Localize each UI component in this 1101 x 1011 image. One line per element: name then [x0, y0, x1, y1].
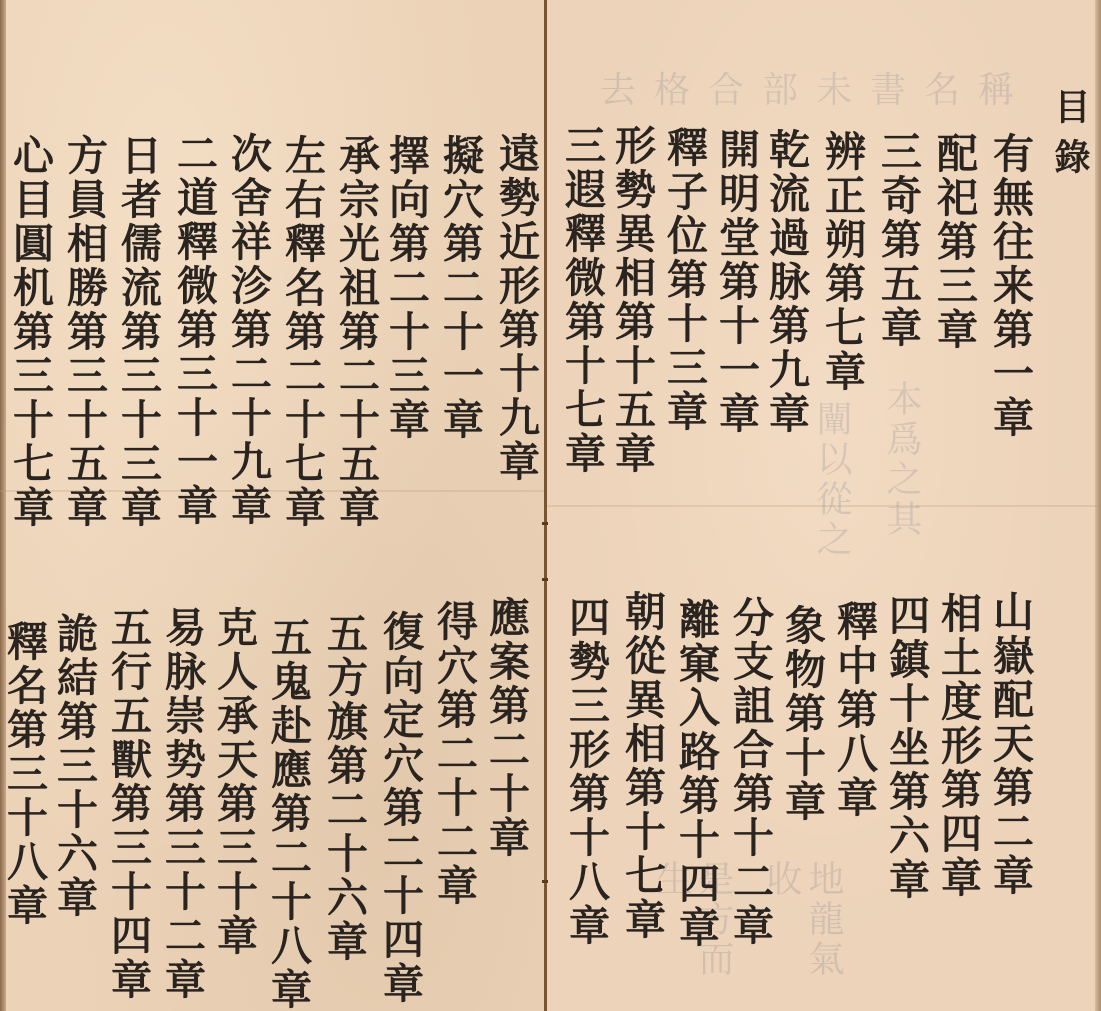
binding-stitch — [542, 880, 548, 883]
toc-entry: 遠勢近形第十九章 — [494, 132, 538, 484]
toc-entry: 朝從異相第十七章 — [620, 590, 664, 942]
toc-entry: 五方旗第二十六章 — [322, 612, 366, 964]
toc-entry: 克人承天第三十章 — [212, 606, 256, 958]
toc-entry: 擇向第二十三章 — [384, 134, 428, 442]
toc-entry: 有無往来第一章 — [988, 132, 1032, 440]
toc-entry: 乾流過脉第九章 — [764, 128, 808, 436]
toc-entry: 四勢三形第十八章 — [564, 596, 608, 948]
toc-entry: 分支詛合第十二章 — [728, 596, 772, 948]
toc-entry: 相土度形第四章 — [936, 592, 980, 900]
toc-entry: 釋中第八章 — [832, 600, 876, 820]
toc-entry: 方員相勝第三十五章 — [62, 134, 106, 530]
toc-entry: 配祀第三章 — [932, 132, 976, 352]
toc-entry: 易脉崇势第三十二章 — [160, 606, 204, 1002]
toc-entry: 山嶽配天第二章 — [988, 590, 1032, 898]
toc-entry: 詭結第三十六章 — [52, 612, 96, 920]
toc-entry: 開明堂第十一章 — [714, 128, 758, 436]
bleed-through-text: 闡以從之 — [810, 400, 852, 560]
binding-stitch — [542, 522, 548, 525]
toc-entry: 形勢異相第十五章 — [610, 124, 654, 476]
toc-entry: 五行五獸第三十四章 — [106, 606, 150, 1002]
toc-entry: 五鬼赴應第二十八章 — [266, 616, 310, 1011]
toc-entry: 四鎮十坐第六章 — [884, 594, 928, 902]
toc-entry: 應案第二十章 — [484, 596, 528, 860]
toc-entry: 承宗光祖第二十五章 — [334, 134, 378, 530]
toc-entry: 次舍祥沴第二十九章 — [226, 132, 270, 528]
toc-entry: 左右釋名第二十七章 — [280, 134, 324, 530]
toc-entry: 復向定穴第二十四章 — [378, 610, 422, 1006]
toc-entry: 得穴第二十二章 — [432, 600, 476, 908]
toc-title: 目錄 — [1048, 88, 1092, 188]
binding-stitch — [542, 578, 548, 581]
toc-entry: 擬穴第二十一章 — [438, 134, 482, 442]
toc-entry: 二道釋微第三十一章 — [172, 132, 216, 528]
toc-entry: 三遐釋微第十七章 — [560, 124, 604, 476]
toc-entry: 象物第十章 — [780, 604, 824, 824]
bleed-through-text: 去格合部未書名稱 — [600, 70, 1032, 112]
toc-entry: 日者儒流第三十三章 — [116, 134, 160, 530]
bleed-through-text: 本爲之其 — [880, 380, 922, 540]
toc-entry: 三奇第五章 — [876, 130, 920, 350]
toc-entry: 心目圓机第三十七章 — [8, 134, 52, 530]
toc-entry: 釋子位第十三章 — [662, 126, 706, 434]
book-spine — [544, 0, 547, 1011]
toc-entry: 辨正朔第七章 — [820, 130, 864, 394]
toc-entry: 離窠入路第十四章 — [674, 598, 718, 950]
toc-entry: 釋名第三十八章 — [2, 620, 46, 928]
